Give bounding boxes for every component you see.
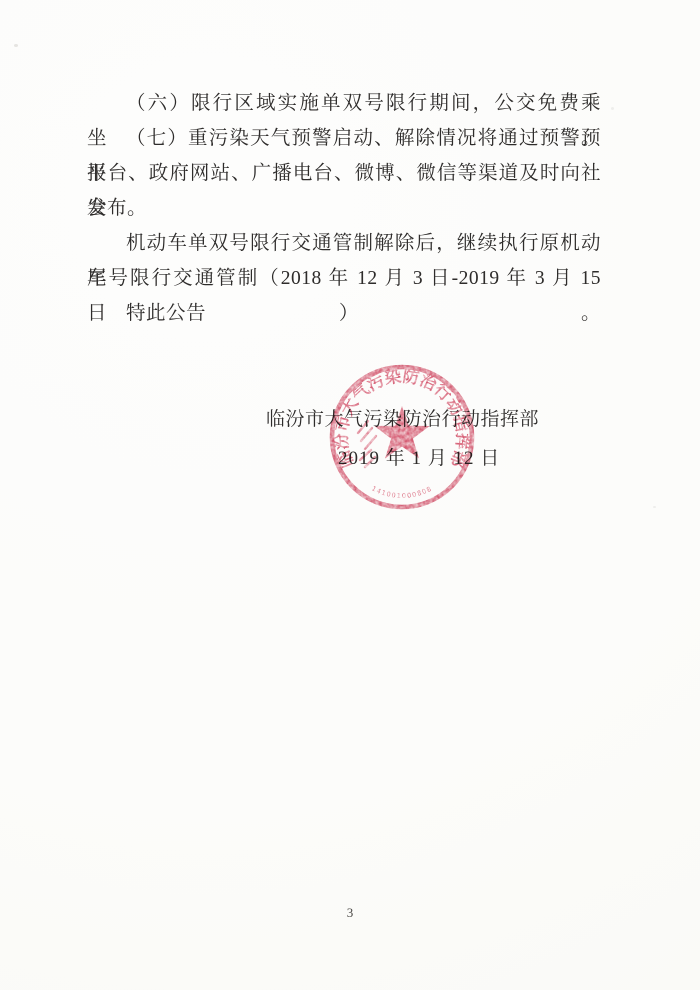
body-line: 机动车单双号限行交通管制解除后，继续执行原机动车 <box>87 226 601 261</box>
document-page: （六）限行区域实施单双号限行期间，公交免费乘坐。 （七）重污染天气预警启动、解除… <box>0 0 700 990</box>
page-number: 3 <box>340 905 360 921</box>
scan-speck <box>14 44 18 47</box>
body-text: （六）限行区域实施单双号限行期间，公交免费乘坐。 （七）重污染天气预警启动、解除… <box>87 86 601 331</box>
svg-text:141001000808: 141001000808 <box>370 484 433 500</box>
body-line: 发布。 <box>87 191 601 226</box>
official-seal: 临汾市大气污染防治行动指挥部 141001000808 <box>322 357 482 517</box>
body-line: （六）限行区域实施单双号限行期间，公交免费乘坐。 <box>87 86 601 121</box>
signature-date: 2019 年 1 月 12 日 <box>338 447 500 471</box>
body-line: （七）重污染天气预警启动、解除情况将通过预警预报 <box>87 121 601 156</box>
seal-code: 141001000808 <box>370 484 433 500</box>
scan-speck <box>611 107 614 110</box>
seal-ring <box>332 367 472 507</box>
scan-speck <box>653 506 656 508</box>
body-line: 尾号限行交通管制（2018 年 12 月 3 日-2019 年 3 月 15 日… <box>87 261 601 296</box>
body-line: 平台、政府网站、广播电台、微博、微信等渠道及时向社会 <box>87 156 601 191</box>
signature-agency: 临汾市大气污染防治行动指挥部 <box>266 408 539 432</box>
